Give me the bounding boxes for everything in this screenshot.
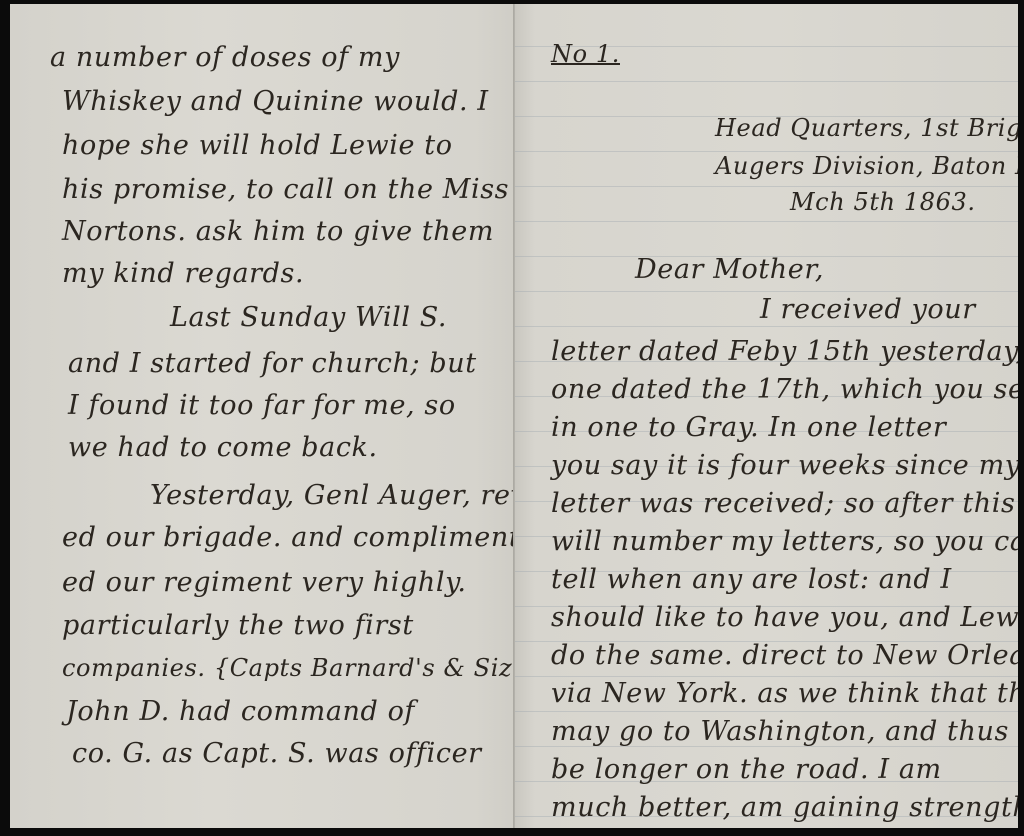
left-line-7: Last Sunday Will S.	[170, 304, 447, 331]
salutation: Dear Mother,	[635, 256, 824, 283]
left-line-10: we had to come back.	[68, 434, 378, 461]
left-line-2: Whiskey and Quinine would. I	[62, 88, 489, 115]
heading-line-3: Mch 5th 1863.	[790, 190, 976, 214]
right-line-13: be longer on the road. I am	[551, 756, 942, 783]
right-line-14: much better, am gaining strength every	[551, 794, 1018, 821]
left-line-9: I found it too far for me, so	[68, 392, 456, 419]
left-line-6: my kind regards.	[62, 260, 304, 287]
right-line-5: you say it is four weeks since my	[551, 452, 1018, 479]
right-line-8: tell when any are lost: and I	[551, 566, 952, 593]
left-line-5: Nortons. ask him to give them	[62, 218, 494, 245]
left-line-11: Yesterday, Genl Auger, review-	[150, 482, 515, 509]
right-line-3: one dated the 17th, which you sent	[551, 376, 1018, 403]
right-line-2: letter dated Feby 15th yesterday, also	[551, 338, 1018, 365]
left-line-13: ed our regiment very highly.	[62, 569, 467, 596]
left-line-4: his promise, to call on the Miss	[62, 176, 509, 203]
left-line-15: companies. {Capts Barnard's & Sizer's.}	[62, 656, 515, 680]
left-line-17: co. G. as Capt. S. was officer	[72, 740, 482, 767]
letter-scan: a number of doses of my Whiskey and Quin…	[0, 0, 1024, 836]
right-line-7: will number my letters, so you can	[551, 528, 1018, 555]
right-line-4: in one to Gray. In one letter	[551, 414, 946, 441]
left-line-8: and I started for church; but	[68, 350, 477, 377]
left-line-12: ed our brigade. and compliment-	[62, 524, 515, 551]
left-line-1: a number of doses of my	[50, 44, 400, 71]
right-line-11: via New York. as we think that they	[551, 680, 1018, 707]
letter-number-label: No 1.	[551, 42, 620, 66]
left-line-16: John D. had command of	[66, 698, 415, 725]
right-line-1: I received your	[760, 296, 976, 323]
left-line-14: particularly the two first	[62, 612, 414, 639]
heading-line-1: Head Quarters, 1st Brigade	[715, 116, 1018, 140]
heading-line-2: Augers Division, Baton Rouge,	[715, 154, 1018, 178]
right-line-10: do the same. direct to New Orleans,	[551, 642, 1018, 669]
right-line-6: letter was received; so after this I	[551, 490, 1018, 517]
left-page: a number of doses of my Whiskey and Quin…	[10, 4, 515, 828]
right-line-9: should like to have you, and Lewie,	[551, 604, 1018, 631]
right-page: No 1. Head Quarters, 1st Brigade Augers …	[515, 4, 1018, 828]
right-line-12: may go to Washington, and thus	[551, 718, 1009, 745]
left-line-3: hope she will hold Lewie to	[62, 132, 453, 159]
